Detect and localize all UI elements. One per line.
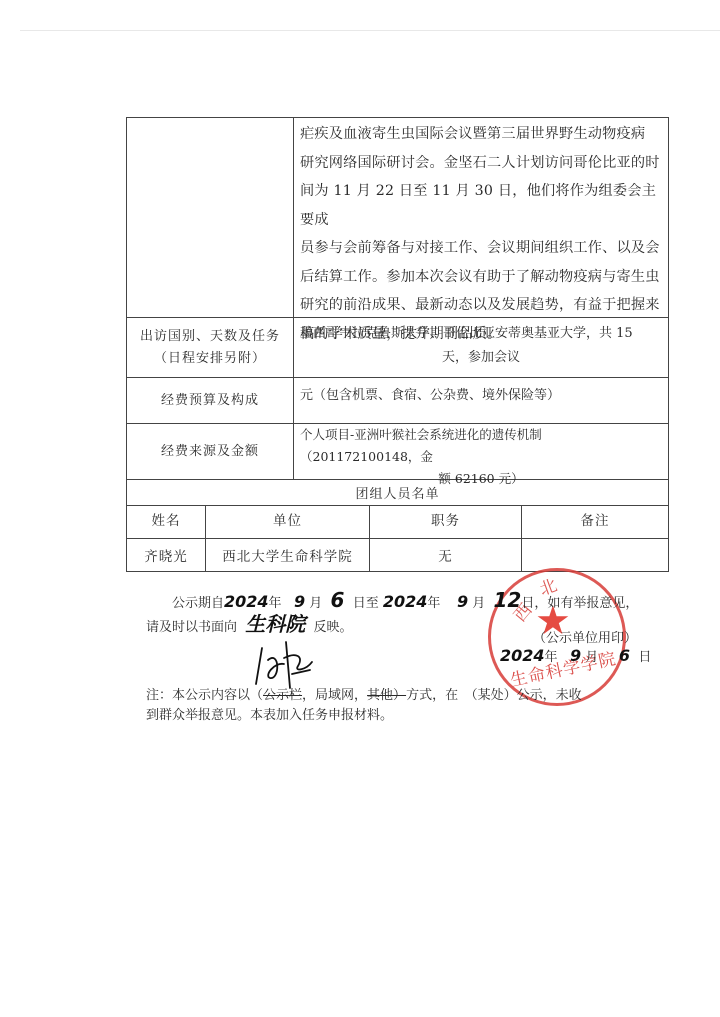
application-table: 疟疾及血液寄生虫国际会议暨第三届世界野生动物疫病 研究网络国际研讨会。金坚石二人… bbox=[126, 117, 669, 572]
notice-text: 请及时以书面向 bbox=[146, 620, 237, 635]
struck-option: 公示栏 bbox=[263, 688, 302, 703]
handwritten-seal-day: 6 bbox=[619, 646, 630, 665]
notice-text: 年 bbox=[427, 596, 440, 611]
notice-text: 反映。 bbox=[314, 620, 353, 635]
roster-cell-note bbox=[522, 539, 668, 571]
notice-contact-line: 请及时以书面向 生科院 反映。 bbox=[146, 608, 353, 637]
notice-text: 日至 bbox=[353, 596, 379, 611]
handwritten-end-month: 9 bbox=[457, 592, 468, 611]
seal-date: 2024年 9 月 6 日 bbox=[500, 646, 651, 665]
intro-line: 后结算工作。参加本次会议有助于了解动物疫病与寄生虫 bbox=[300, 263, 662, 292]
handwritten-end-year: 2024 bbox=[383, 592, 428, 611]
funding-value-line2: 额 62160 元） bbox=[300, 468, 662, 490]
intro-label-cell bbox=[127, 118, 294, 317]
visit-row: 出访国别、天数及任务 （日程安排另附） 墨西哥韦拉克鲁斯大学、哥伦比亚安蒂奥基亚… bbox=[127, 317, 668, 377]
budget-row: 经费预算及构成 元（包含机票、食宿、公杂费、境外保险等） bbox=[127, 377, 668, 423]
roster-header-name: 姓名 bbox=[127, 506, 206, 538]
intro-line: 员参与会前筹备与对接工作、会议期间组织工作、以及会 bbox=[300, 234, 662, 263]
roster-header-role: 职务 bbox=[370, 506, 522, 538]
notice-text: 月 bbox=[472, 596, 485, 611]
roster-header-note: 备注 bbox=[522, 506, 668, 538]
visit-label: 出访国别、天数及任务 （日程安排另附） bbox=[127, 318, 294, 377]
funding-label: 经费来源及金额 bbox=[127, 424, 294, 479]
roster-header-row: 姓名 单位 职务 备注 bbox=[127, 505, 668, 538]
roster-cell-name: 齐晓光 bbox=[127, 539, 206, 571]
notice-text: 月 bbox=[585, 650, 598, 665]
intro-line: 疟疾及血液寄生虫国际会议暨第三届世界野生动物疫病 bbox=[300, 120, 662, 149]
intro-paragraph: 疟疾及血液寄生虫国际会议暨第三届世界野生动物疫病 研究网络国际研讨会。金坚石二人… bbox=[294, 118, 668, 317]
funding-value: 个人项目-亚洲叶猴社会系统进化的遗传机制（201172100148，金 额 62… bbox=[294, 424, 668, 479]
struck-option: 其他） bbox=[367, 688, 406, 703]
intro-line: 研究网络国际研讨会。金坚石二人计划访问哥伦比亚的时 bbox=[300, 149, 662, 178]
handwritten-end-day: 12 bbox=[494, 588, 522, 612]
roster-cell-role: 无 bbox=[370, 539, 522, 571]
roster-header-unit: 单位 bbox=[206, 506, 370, 538]
notice-text: 日，如有举报意见， bbox=[521, 596, 638, 611]
intro-row: 疟疾及血液寄生虫国际会议暨第三届世界野生动物疫病 研究网络国际研讨会。金坚石二人… bbox=[127, 118, 668, 317]
scan-edge-line bbox=[20, 30, 720, 31]
notice-text: ，局域网， bbox=[302, 688, 367, 703]
visit-value-line2: 天，参加会议 bbox=[300, 346, 662, 370]
visit-label-line2: （日程安排另附） bbox=[154, 348, 266, 370]
footnote-line2: 到群众举报意见。本表加入任务申报材料。 bbox=[146, 704, 393, 723]
intro-line: 研究的前沿成果、最新动态以及发展趋势，有益于把握来 bbox=[300, 291, 662, 320]
handwritten-seal-month: 9 bbox=[570, 646, 581, 665]
visit-label-line1: 出访国别、天数及任务 bbox=[140, 326, 280, 348]
notice-text: 日 bbox=[638, 650, 651, 665]
footnote-line1: 注：本公示内容以（公示栏，局域网，其他）方式，在 （某处）公示，未收 bbox=[146, 684, 582, 703]
intro-line: 间为 11 月 22 日至 11 月 30 日，他们将作为组委会主要成 bbox=[300, 177, 662, 234]
visit-value-line1: 墨西哥韦拉克鲁斯大学、哥伦比亚安蒂奥基亚大学，共 15 bbox=[300, 322, 662, 346]
budget-value: 元（包含机票、食宿、公杂费、境外保险等） bbox=[294, 378, 668, 423]
roster-cell-unit: 西北大学生命科学院 bbox=[206, 539, 370, 571]
notice-text: 年 bbox=[545, 650, 558, 665]
funding-row: 经费来源及金额 个人项目-亚洲叶猴社会系统进化的遗传机制（20117210014… bbox=[127, 423, 668, 479]
table-row: 齐晓光 西北大学生命科学院 无 bbox=[127, 538, 668, 571]
funding-value-line1: 个人项目-亚洲叶猴社会系统进化的遗传机制（201172100148，金 bbox=[300, 424, 662, 468]
handwritten-department: 生科院 bbox=[245, 612, 305, 636]
notice-text: 注：本公示内容以（ bbox=[146, 688, 263, 703]
handwritten-signature bbox=[250, 640, 320, 690]
handwritten-seal-year: 2024 bbox=[500, 646, 545, 665]
seal-caption: （公示单位用印） bbox=[533, 627, 637, 646]
notice-text: 方式，在 （某处）公示，未收 bbox=[406, 688, 582, 703]
budget-label: 经费预算及构成 bbox=[127, 378, 294, 423]
visit-value: 墨西哥韦拉克鲁斯大学、哥伦比亚安蒂奥基亚大学，共 15 天，参加会议 bbox=[294, 318, 668, 377]
